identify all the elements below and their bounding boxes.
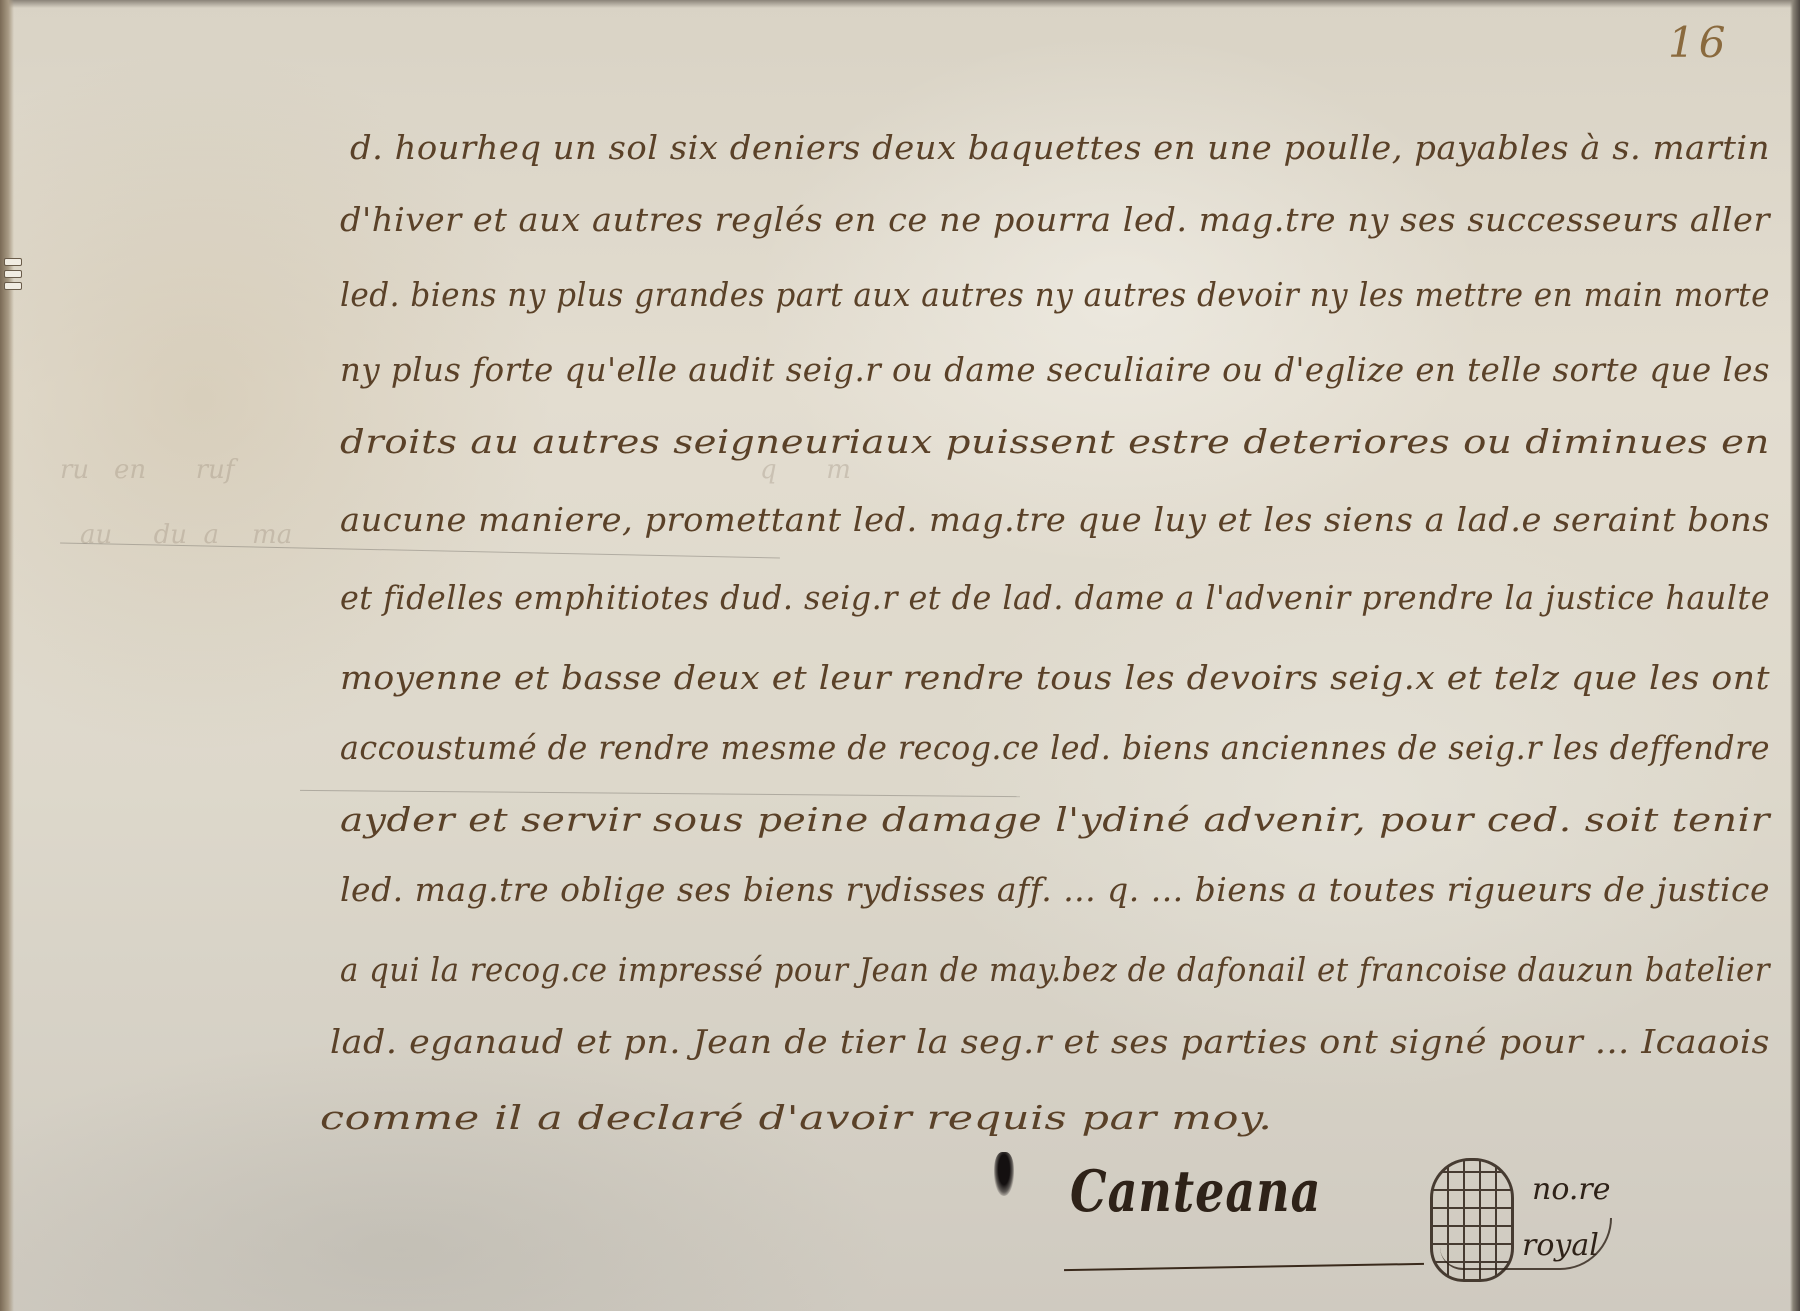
text-line-10: ayder et servir sous peine damage l'ydin… bbox=[340, 800, 1770, 839]
binding-spine bbox=[0, 0, 14, 1311]
text-line-7: et fidelles emphitiotes dud. seig.r et d… bbox=[340, 578, 1770, 617]
signature-underline bbox=[1064, 1263, 1424, 1271]
text-line-1: d. hourheq un sol six deniers deux baque… bbox=[350, 128, 1770, 167]
text-line-9: accoustumé de rendre mesme de recog.ce l… bbox=[340, 728, 1770, 767]
page-right-edge bbox=[1790, 0, 1800, 1311]
ink-blot bbox=[994, 1152, 1014, 1196]
text-line-12: a qui la recog.ce impressé pour Jean de … bbox=[340, 950, 1770, 989]
text-line-6: aucune maniere, promettant led. mag.tre … bbox=[340, 500, 1770, 539]
signature-flourish bbox=[1440, 1218, 1612, 1270]
binding-stitch bbox=[4, 258, 22, 266]
page-top-edge bbox=[0, 0, 1800, 8]
binding-stitch bbox=[4, 270, 22, 278]
text-line-3: led. biens ny plus grandes part aux autr… bbox=[340, 275, 1770, 314]
text-line-8: moyenne et basse deux et leur rendre tou… bbox=[340, 658, 1770, 697]
text-line-14: comme il a declaré d'avoir requis par mo… bbox=[320, 1098, 1273, 1137]
text-line-2: d'hiver et aux autres reglés en ce ne po… bbox=[340, 200, 1770, 239]
binding-stitch bbox=[4, 282, 22, 290]
text-line-5: droits au autres seigneuriaux puissent e… bbox=[340, 422, 1770, 461]
text-line-4: ny plus forte qu'elle audit seig.r ou da… bbox=[340, 350, 1770, 389]
page-number: 16 bbox=[1668, 18, 1729, 67]
text-line-11: led. mag.tre oblige ses biens rydisses a… bbox=[340, 870, 1770, 909]
ruled-line bbox=[60, 542, 780, 558]
bleed-through-text: ru en ruf bbox=[60, 455, 234, 485]
signature-name: Canteana bbox=[1070, 1157, 1321, 1225]
manuscript-page: ru en ruf au du a ma q m 16 d. hourheq u… bbox=[0, 0, 1800, 1311]
signature-title-notaire: no.re bbox=[1532, 1172, 1611, 1207]
ruled-line bbox=[300, 790, 1020, 797]
text-line-13: lad. eganaud et pn. Jean de tier la seg.… bbox=[330, 1022, 1770, 1061]
